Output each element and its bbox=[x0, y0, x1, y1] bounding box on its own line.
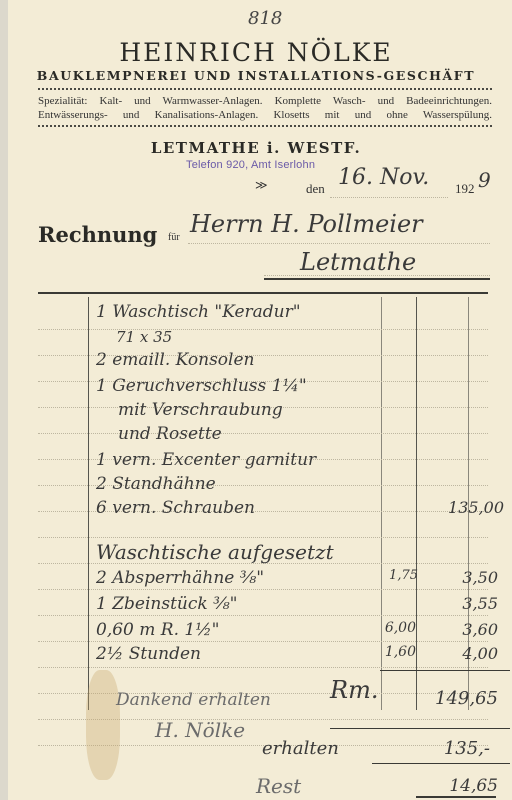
line-item: 0,60 m R. 1½" bbox=[96, 620, 220, 640]
subtotal-rule bbox=[380, 670, 510, 671]
specialties-line-2: Entwässerungs- und Kanalisations-Anlagen… bbox=[38, 109, 492, 121]
ruled-line bbox=[38, 433, 488, 434]
recipient-dotline-1 bbox=[188, 243, 490, 244]
line-item: 1 Zbeinstück ⅜" bbox=[96, 594, 237, 614]
grand-total: 149,65 bbox=[420, 688, 498, 709]
paper-stain bbox=[86, 670, 120, 780]
line-item: 1 vern. Excenter garnitur bbox=[96, 450, 316, 470]
year-printed: 192 bbox=[455, 181, 475, 197]
scan-edge bbox=[0, 0, 8, 800]
line-item: 71 x 35 bbox=[116, 328, 172, 346]
address-underline bbox=[264, 278, 490, 280]
rest-label: Rest bbox=[256, 774, 301, 798]
date-dotline bbox=[330, 197, 448, 198]
ruled-line bbox=[38, 615, 488, 616]
received-amount: 135,- bbox=[420, 738, 490, 759]
line-item: 1 Geruchverschluss 1¼" bbox=[96, 376, 307, 396]
signature: H. Nölke bbox=[155, 718, 245, 742]
date-day-month: 16. Nov. bbox=[338, 165, 429, 190]
total-underline bbox=[330, 728, 510, 729]
line-item: 6 vern. Schrauben bbox=[96, 498, 255, 518]
currency-label: Rm. bbox=[330, 676, 378, 704]
recipient-city: Letmathe bbox=[300, 248, 416, 276]
section-heading: Waschtische aufgesetzt bbox=[96, 540, 334, 564]
invoice-title: Rechnung bbox=[38, 222, 157, 247]
line-item-total: 3,55 bbox=[420, 594, 498, 613]
printer-mark-icon: ≫ bbox=[255, 178, 268, 192]
line-item-unit: 6,00 bbox=[350, 620, 416, 636]
city: LETMATHE i. WESTF. bbox=[0, 139, 512, 157]
column-rule-total bbox=[416, 297, 417, 710]
for-label: für bbox=[168, 232, 180, 243]
ruled-line bbox=[38, 589, 488, 590]
line-item: 2½ Stunden bbox=[96, 644, 201, 664]
year-handwritten: 9 bbox=[478, 168, 491, 192]
line-item-total: 3,50 bbox=[420, 568, 498, 587]
table-top-rule bbox=[38, 292, 488, 294]
line-item-unit: 1,75 bbox=[372, 568, 418, 583]
firm-name: HEINRICH NÖLKE bbox=[0, 38, 512, 67]
column-rule-item bbox=[88, 297, 89, 710]
line-item: 2 emaill. Konsolen bbox=[96, 350, 255, 370]
recipient-name: Herrn H. Pollmeier bbox=[190, 210, 423, 238]
line-item-total: 135,00 bbox=[420, 498, 504, 517]
received-underline bbox=[372, 763, 510, 764]
line-item: 2 Absperrhähne ⅜" bbox=[96, 568, 264, 588]
rest-amount: 14,65 bbox=[418, 776, 498, 796]
trade-description: BAUKLEMPNEREI UND INSTALLATIONS-GESCHÄFT bbox=[0, 68, 512, 83]
dotted-rule-top bbox=[38, 88, 492, 90]
ruled-line bbox=[38, 641, 488, 642]
archive-number: 818 bbox=[248, 8, 282, 29]
recipient-dotline-2 bbox=[264, 275, 490, 276]
phone-stamp: Telefon 920, Amt Iserlohn bbox=[186, 159, 315, 171]
ruled-line bbox=[38, 537, 488, 538]
line-item: und Rosette bbox=[118, 424, 222, 444]
line-item-unit: 1,60 bbox=[350, 644, 416, 660]
dotted-rule-bottom bbox=[38, 125, 492, 127]
line-item-total: 4,00 bbox=[420, 644, 498, 663]
line-item-total: 3,60 bbox=[420, 620, 498, 639]
received-label: erhalten bbox=[262, 738, 339, 759]
ruled-line bbox=[38, 329, 488, 330]
line-item: 1 Waschtisch "Keradur" bbox=[96, 302, 301, 322]
rest-underline bbox=[416, 796, 496, 798]
ruled-line bbox=[38, 667, 488, 668]
specialties-line-1: Spezialität: Kalt- und Warmwasser-Anlage… bbox=[38, 95, 492, 107]
receipt-note: Dankend erhalten bbox=[116, 690, 271, 710]
line-item: 2 Standhähne bbox=[96, 474, 216, 494]
line-item: mit Verschraubung bbox=[118, 400, 283, 420]
date-prefix: den bbox=[306, 181, 325, 197]
